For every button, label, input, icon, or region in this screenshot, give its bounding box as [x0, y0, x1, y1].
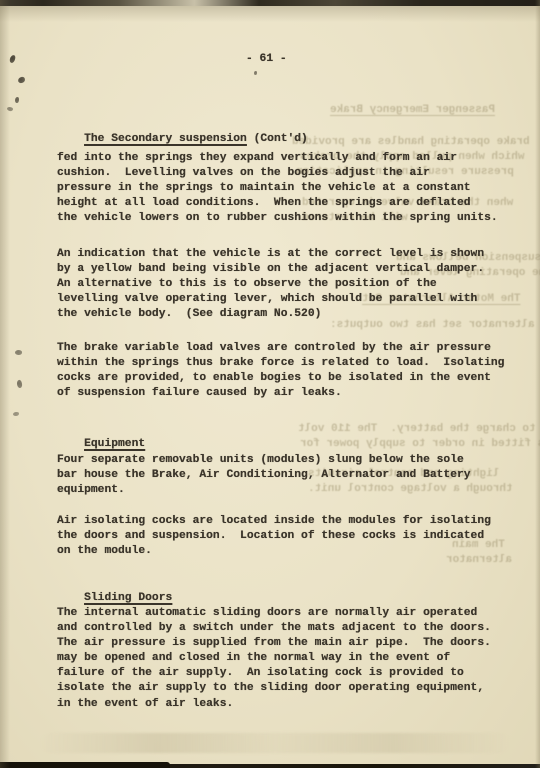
scan-edge-bottom-left: [0, 762, 170, 768]
ink-speck: [9, 54, 16, 63]
section-heading-text: Sliding Doors: [84, 592, 172, 604]
paragraph-indication: An indication that the vehicle is at the…: [57, 247, 484, 322]
ink-speck: [15, 349, 23, 355]
scan-edge-right: [535, 0, 540, 768]
bleedthrough-text: brake operating handles are provided: [292, 135, 530, 150]
paragraph-brake: The brake variable load valves are contr…: [57, 341, 504, 401]
section-heading-text: Equipment: [84, 438, 145, 450]
section-heading-suffix: (Cont'd): [247, 133, 308, 145]
paragraph-doors: The internal automatic sliding doors are…: [57, 606, 491, 712]
ink-speck: [15, 97, 19, 103]
scanned-document-page: Passenger Emergency Brake brake operatin…: [0, 0, 540, 768]
ink-speck: [254, 71, 257, 75]
bleedthrough-text: Passenger Emergency Brake: [330, 103, 495, 118]
paragraph-cocks: Air isolating cocks are located inside t…: [57, 514, 491, 559]
section-heading-text: The Secondary suspension: [84, 133, 247, 145]
scan-edge-left: [0, 0, 10, 768]
paragraph-springs: fed into the springs they expand vertica…: [57, 151, 498, 226]
page-number: - 61 -: [246, 52, 287, 67]
ink-speck: [16, 379, 23, 388]
paragraph-modules: Four separate removable units (modules) …: [57, 453, 471, 498]
scan-edge-haze: [0, 6, 540, 22]
scan-smudge: [40, 733, 510, 753]
bleedthrough-text: 110 volts D.C. to charge the battery. Th…: [298, 422, 540, 437]
ink-speck: [18, 76, 26, 83]
ink-speck: [13, 412, 19, 416]
bleedthrough-text: battery is fitted in order to supply pow…: [300, 437, 540, 452]
